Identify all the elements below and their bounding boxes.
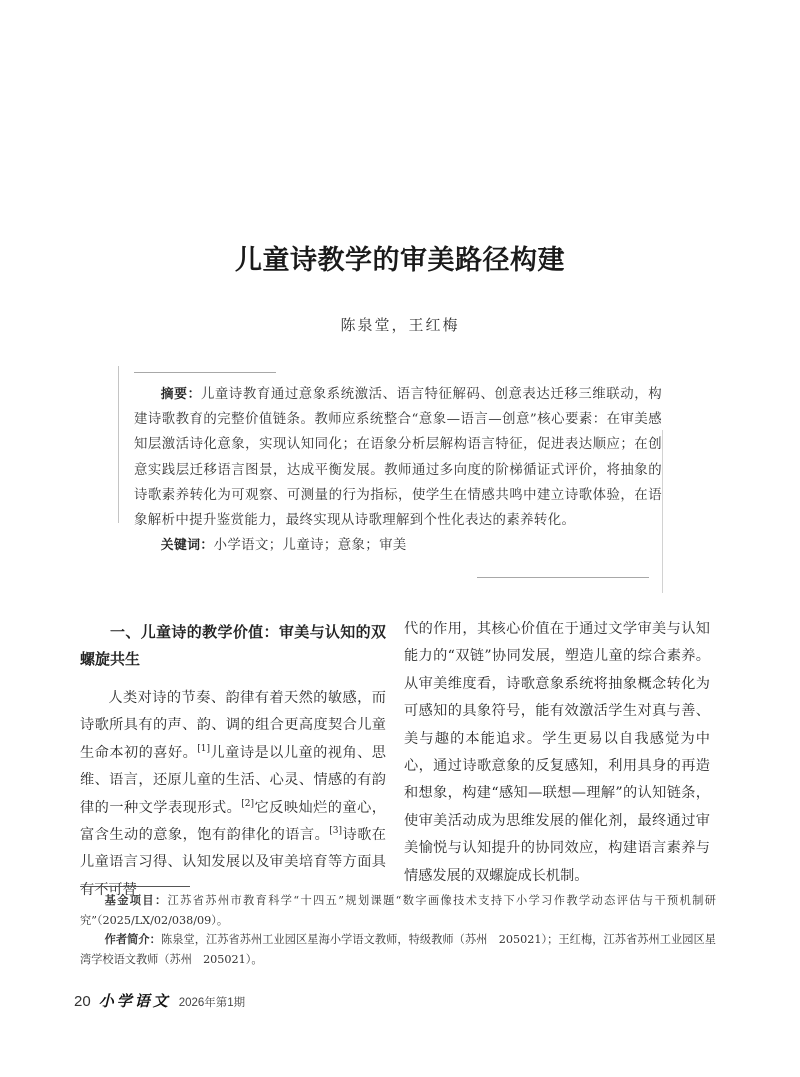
keywords-line: 关键词：小学语文；儿童诗；意象；审美 (134, 533, 662, 558)
author-bio-text: 陈泉堂，江苏省苏州工业园区星海小学语文教师，特级教师（苏州 205021）；王红… (80, 933, 716, 966)
fund-label: 基金项目： (105, 894, 168, 907)
fund-text: 江苏省苏州市教育科学“十四五”规划课题“数字画像技术支持下小学习作教学动态评估与… (80, 894, 716, 927)
journal-name: 小学语文 (99, 990, 171, 1011)
author-note: 作者简介：陈泉堂，江苏省苏州工业园区星海小学语文教师，特级教师（苏州 20502… (80, 930, 716, 969)
footnote-rule (80, 886, 190, 887)
article-title: 儿童诗教学的审美路径构建 (0, 238, 800, 277)
citation-2: [2] (241, 799, 254, 809)
article-authors: 陈泉堂，王红梅 (0, 314, 800, 335)
body-paragraph-continued: 代的作用，其核心价值在于通过文学审美与认知能力的“双链”协同发展，塑造儿童的综合… (404, 616, 710, 890)
abstract-top-rule (134, 372, 276, 373)
abstract-paragraph: 摘要：儿童诗教育通过意象系统激活、语言特征解码、创意表达迁移三维联动，构建诗歌教… (134, 382, 662, 533)
fund-note: 基金项目：江苏省苏州市教育科学“十四五”规划课题“数字画像技术支持下小学习作教学… (80, 891, 716, 930)
citation-3: [3] (329, 826, 342, 836)
abstract-block: 摘要：儿童诗教育通过意象系统激活、语言特征解码、创意表达迁移三维联动，构建诗歌教… (134, 382, 662, 558)
abstract-right-rule (662, 430, 663, 593)
left-column: 一、儿童诗的教学价值：审美与认知的双螺旋共生 人类对诗的节奏、韵律有着天然的敏感… (80, 619, 386, 904)
abstract-bottom-rule (477, 577, 649, 578)
page-number: 20 (74, 993, 91, 1010)
body-paragraph: 人类对诗的节奏、韵律有着天然的敏感，而诗歌所具有的声、韵、调的组合更高度契合儿童… (80, 685, 386, 904)
citation-1: [1] (197, 744, 210, 754)
keywords-text: 小学语文；儿童诗；意象；审美 (214, 538, 407, 553)
right-column: 代的作用，其核心价值在于通过文学审美与认知能力的“双链”协同发展，塑造儿童的综合… (404, 616, 710, 890)
abstract-text: 儿童诗教育通过意象系统激活、语言特征解码、创意表达迁移三维联动，构建诗歌教育的完… (134, 387, 662, 528)
page-footer: 20 小学语文 2026年第1期 (74, 990, 245, 1011)
author-bio-label: 作者简介： (105, 933, 161, 946)
issue-label: 2026年第1期 (179, 994, 245, 1010)
keywords-label: 关键词： (161, 538, 214, 553)
footnotes: 基金项目：江苏省苏州市教育科学“十四五”规划课题“数字画像技术支持下小学习作教学… (80, 891, 716, 969)
section-heading: 一、儿童诗的教学价值：审美与认知的双螺旋共生 (80, 619, 386, 673)
abstract-left-rule (118, 366, 119, 523)
abstract-label: 摘要： (161, 387, 201, 402)
